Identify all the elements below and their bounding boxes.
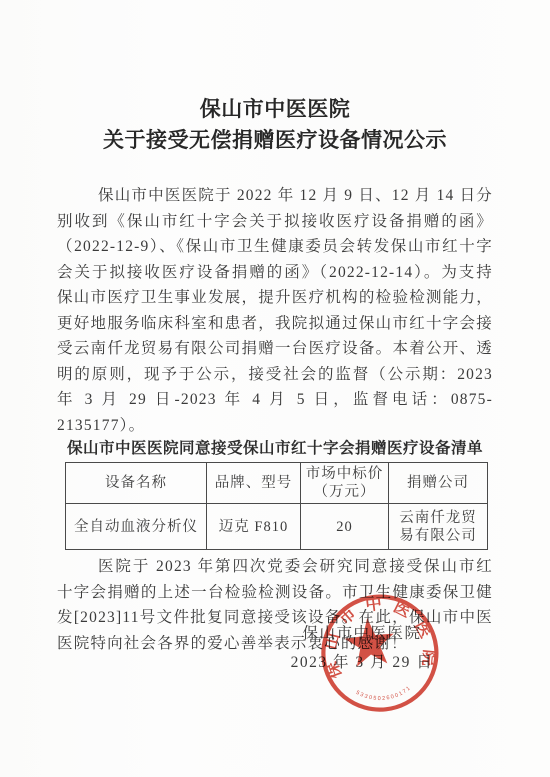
- cell-brand: 迈克 F810: [207, 504, 301, 550]
- doc-title-line2: 关于接受无偿捐赠医疗设备情况公示: [57, 125, 493, 156]
- col-header-device: 设备名称: [66, 463, 207, 504]
- document-page: 保山市中医医院 关于接受无偿捐赠医疗设备情况公示 保山市中医医院于 2022 年…: [0, 0, 550, 777]
- signature-org: 保山市中医医院: [264, 620, 460, 649]
- document-content: 保山市中医医院 关于接受无偿捐赠医疗设备情况公示 保山市中医医院于 2022 年…: [57, 0, 493, 656]
- table-title: 保山市中医医院同意接受保山市红十字会捐赠医疗设备清单: [57, 440, 493, 458]
- signature-block: 保山市中医医院 2023 年 3 月 29 日: [264, 620, 460, 677]
- cell-device: 全自动血液分析仪: [66, 504, 207, 550]
- donation-table: 设备名称 品牌、型号 市场中标价 （万元） 捐赠公司 全自动血液分析仪 迈克 F…: [65, 462, 488, 550]
- seal-code: 5330502600171: [354, 684, 412, 705]
- col-header-brand: 品牌、型号: [207, 463, 301, 504]
- table-header-row: 设备名称 品牌、型号 市场中标价 （万元） 捐赠公司: [66, 463, 488, 504]
- table-row: 全自动血液分析仪 迈克 F810 20 云南仟龙贸易有限公司: [66, 504, 488, 550]
- cell-company: 云南仟龙贸易有限公司: [389, 504, 488, 550]
- col-header-company: 捐赠公司: [389, 463, 488, 504]
- col-header-price: 市场中标价 （万元）: [301, 463, 389, 504]
- doc-title-line1: 保山市中医医院: [57, 0, 493, 125]
- svg-text:5330502600171: 5330502600171: [354, 684, 412, 705]
- cell-price: 20: [301, 504, 389, 550]
- paragraph-intro: 保山市中医医院于 2022 年 12 月 9 日、12 月 14 日分别收到《保…: [57, 183, 493, 438]
- signature-date: 2023 年 3 月 29 日: [264, 649, 460, 678]
